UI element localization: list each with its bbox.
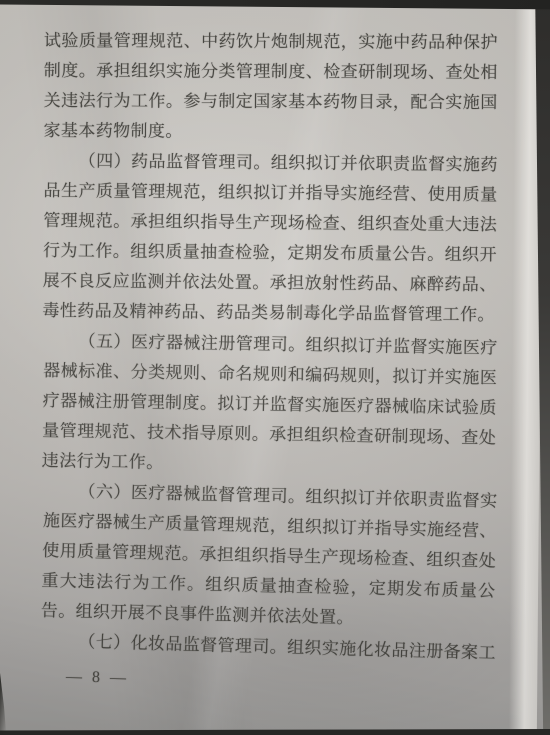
paragraph-continuation-drug-registration: 试验质量管理规范、中药饮片炮制规范，实施中药品种保护制度。承担组织实施分类管理制… (43, 26, 498, 148)
page-number: — 8 — (66, 668, 129, 688)
paragraph-section-6-device-supervision-dept: （六）医疗器械监督管理司。组织拟订并依职责监督实施医疗器械生产质量管理规范，组织… (40, 476, 497, 637)
document-body-text: 试验质量管理规范、中药饮片炮制规范，实施中药品种保护制度。承担组织实施分类管理制… (44, 26, 498, 656)
paragraph-section-4-drug-supervision-dept: （四）药品监督管理司。组织拟订并依职责监督实施药品生产质量管理规范，组织拟订并指… (42, 146, 498, 330)
paragraph-section-5-device-registration-dept: （五）医疗器械注册管理司。组织拟订并监督实施医疗器械标准、分类规则、命名规则和编… (42, 326, 498, 484)
document-photo: 试验质量管理规范、中药饮片炮制规范，实施中药品种保护制度。承担组织实施分类管理制… (0, 0, 550, 735)
